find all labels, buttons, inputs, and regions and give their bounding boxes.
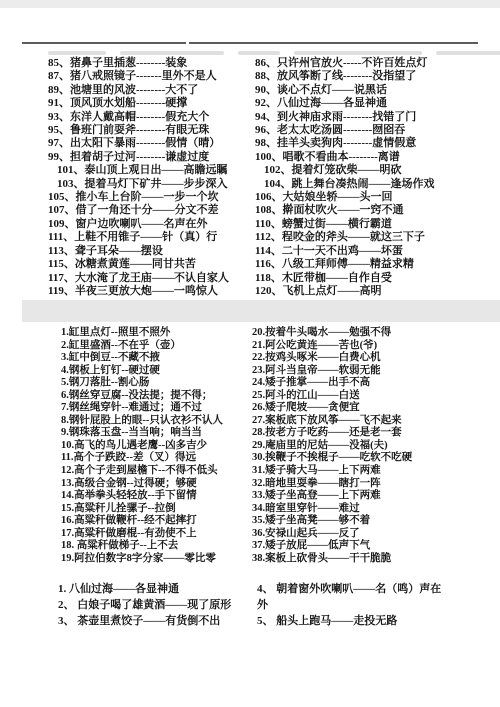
saying-item: 22.按鸡头啄米——白费心机	[252, 352, 412, 365]
saying-item: 12.高个子走到屋檐下--不得不低头	[61, 465, 223, 478]
saying-item: 36.安禄山起兵——反了	[252, 528, 412, 541]
sayings-list-86-120: 86、只许州官放火-----不许百姓点灯88、放风筝断了线--------没指望…	[255, 57, 435, 298]
saying-item: 100、唱歌不看曲本--------离谱	[255, 151, 435, 164]
saying-item: 87、猪八戒照镜子-------里外不是人	[48, 70, 229, 83]
saying-item: 1. 八仙过海——各显神通	[58, 581, 231, 597]
saying-item: 35.矮子坐高凳——够不着	[252, 515, 412, 528]
saying-item: 95、鲁班门前耍斧--------有眼无珠	[48, 124, 229, 137]
saying-item: 85、猪鼻子里插葱--------装象	[48, 57, 229, 70]
saying-item: 103、提着马灯下矿井——步步深入	[48, 178, 229, 191]
sayings-list-85-119: 85、猪鼻子里插葱--------装象87、猪八戒照镜子-------里外不是人…	[48, 57, 229, 298]
saying-item: 117、大水淹了龙王庙——不认自家人	[48, 272, 229, 285]
saying-item: 107、借了一角还十分——分文不差	[48, 204, 229, 217]
saying-item: 8.钢针屁股上的眼--只认衣衫不认人	[61, 415, 223, 428]
faint-text-fragment	[48, 51, 106, 55]
saying-item: 28.按老方子吃药——还是老一套	[252, 427, 412, 440]
sayings-list-20-38: 20.按着牛头喝水——勉强不得21.阿公吃黄连——苦也(爷)22.按鸡头啄米——…	[252, 327, 412, 565]
faint-text-fragment	[120, 51, 224, 55]
saying-item: 98、挂羊头卖狗肉--------虚情假意	[255, 137, 435, 150]
saying-item: 20.按着牛头喝水——勉强不得	[252, 327, 412, 340]
saying-item: 23.阿斗当皇帝——软弱无能	[252, 365, 412, 378]
saying-item: 34.暗室里穿针——难过	[252, 503, 412, 516]
saying-item: 114、二十一天不出鸡——坏蛋	[255, 245, 435, 258]
saying-item: 115、冰糖煮黄莲——同甘共苦	[48, 258, 229, 271]
saying-item: 97、出太阳下暴雨--------假情（晴）	[48, 137, 229, 150]
saying-item: 5、 船头上跑马——走投无路	[257, 613, 443, 629]
saying-item: 93、东洋人戴高帽--------假充大个	[48, 111, 229, 124]
saying-item: 116、八级工拜师傅——精益求精	[255, 258, 435, 271]
saying-item: 15.高粱秆儿拴骡子--拉倒	[61, 503, 223, 516]
saying-item: 26.矮子爬坡——贪便宜	[252, 402, 412, 415]
faint-text-fragment	[436, 51, 500, 55]
saying-item: 1.缸里点灯--照里不照外	[61, 327, 223, 340]
saying-item: 16.高粱秆做鞭杆--经不起摔打	[61, 515, 223, 528]
saying-item: 25.阿斗的江山——白送	[252, 390, 412, 403]
saying-item: 104、跳上舞台凑热闹——逢场作戏	[255, 178, 435, 191]
faint-text-fragment	[294, 51, 422, 55]
saying-item: 96、老太太吃汤圆--------囫囵吞	[255, 124, 435, 137]
saying-item: 3.缸中倒豆--不藏不掖	[61, 352, 223, 365]
saying-item: 94、到火神庙求雨--------找错了门	[255, 111, 435, 124]
saying-item: 32.暗地里耍拳——瞎打一阵	[252, 478, 412, 491]
saying-item: 4.钢板上钉钉--硬过硬	[61, 365, 223, 378]
saying-item: 10.高飞的鸟儿遇老鹰--凶多吉少	[61, 440, 223, 453]
saying-item: 105、推小车上台阶——一步一个坎	[48, 191, 229, 204]
saying-item: 24.矮子推掌——出手不高	[252, 377, 412, 390]
sayings-list-bottom-1-3: 1. 八仙过海——各显神通2、 白娘子喝了雄黄酒——现了原形3、 茶壶里煮饺子—…	[58, 581, 231, 629]
saying-item: 19.阿拉伯数字8字分家——零比零	[61, 553, 223, 566]
sayings-list-bottom-4-5: 4、 朝着窗外吹喇叭——名（鸣）声在外5、 船头上跑马——走投无路	[257, 581, 443, 629]
saying-item: 92、八仙过海——各显神通	[255, 97, 435, 110]
saying-item: 33.矮子坐高登——上下两难	[252, 490, 412, 503]
saying-item: 37.矮子放屁——低声下气	[252, 540, 412, 553]
saying-item: 106、大姑娘坐轿——头一回	[255, 191, 435, 204]
saying-item: 21.阿公吃黄连——苦也(爷)	[252, 340, 412, 353]
saying-item: 102、提着灯笼砍柴——明砍	[255, 164, 435, 177]
saying-item: 118、木匠带枷——自作自受	[255, 272, 435, 285]
saying-item: 17.高粱秆做磨棍--有劲使不上	[61, 528, 223, 541]
saying-item: 2、 白娘子喝了雄黄酒——现了原形	[58, 597, 231, 613]
saying-item: 27.案板底下放风筝——飞不起来	[252, 415, 412, 428]
saying-item: 88、放风筝断了线--------没指望了	[255, 70, 435, 83]
sayings-list-1-19: 1.缸里点灯--照里不照外2.缸里盛酒--不在乎（壶）3.缸中倒豆--不藏不掖4…	[61, 327, 223, 565]
saying-item: 3、 茶壶里煮饺子——有货倒不出	[58, 613, 231, 629]
saying-item: 30.挨鞭子不挨棍子——吃软不吃硬	[252, 452, 412, 465]
saying-item: 7.钢丝绳穿针--难通过；通不过	[61, 402, 223, 415]
saying-item: 108、擀面杖吹火——一窍不通	[255, 204, 435, 217]
saying-item: 91、顶风顶水划船--------硬撑	[48, 97, 229, 110]
saying-item: 119、半夜三更放大炮——一鸣惊人	[48, 285, 229, 298]
top-margin-strip	[0, 0, 500, 8]
saying-item: 29.庵庙里的尼姑——没福(夫)	[252, 440, 412, 453]
header-divider-line-right	[189, 42, 478, 44]
saying-item: 99、担着胡子过河--------谦虚过度	[48, 151, 229, 164]
saying-item: 2.缸里盛酒--不在乎（壶）	[61, 340, 223, 353]
header-divider-line-left	[22, 42, 186, 44]
saying-item: 14.高举拳头轻轻放--手下留情	[61, 490, 223, 503]
saying-item: 38.案板上砍骨头——干干脆脆	[252, 553, 412, 566]
saying-item: 5.钢刀落肚--割心肠	[61, 377, 223, 390]
saying-item: 4、 朝着窗外吹喇叭——名（鸣）声在外	[257, 581, 443, 613]
saying-item: 120、飞机上点灯——高明	[255, 285, 435, 298]
saying-item: 11.高个子跌跤--差（叉）得远	[61, 452, 223, 465]
saying-item: 86、只许州官放火-----不许百姓点灯	[255, 57, 435, 70]
saying-item: 90、谈心不点灯——说黑话	[255, 84, 435, 97]
saying-item: 112、程咬金的斧头——就这三下子	[255, 231, 435, 244]
saying-item: 89、池塘里的风波--------大不了	[48, 84, 229, 97]
saying-item: 6.钢丝穿豆腐--没法提；提不得；	[61, 390, 223, 403]
faint-text-fragment	[238, 51, 280, 55]
saying-item: 13.高级合金钢--过得硬；够硬	[61, 478, 223, 491]
saying-item: 109、窗户边吹喇叭——名声在外	[48, 218, 229, 231]
section-separator-band	[22, 300, 500, 322]
saying-item: 101、泰山顶上观日出——高瞻远瞩	[48, 164, 229, 177]
saying-item: 9.钢珠落玉盘--当当响；响当当	[61, 427, 223, 440]
saying-item: 31.矮子骑大马——上下两难	[252, 465, 412, 478]
saying-item: 18. 高粱秆做梯子--上不去	[61, 540, 223, 553]
saying-item: 110、螃蟹过街——横行霸道	[255, 218, 435, 231]
faint-watermark-text	[48, 51, 500, 55]
saying-item: 111、上鞋不用锥子——针（真）行	[48, 231, 229, 244]
saying-item: 113、聋子耳朵——摆设	[48, 245, 229, 258]
